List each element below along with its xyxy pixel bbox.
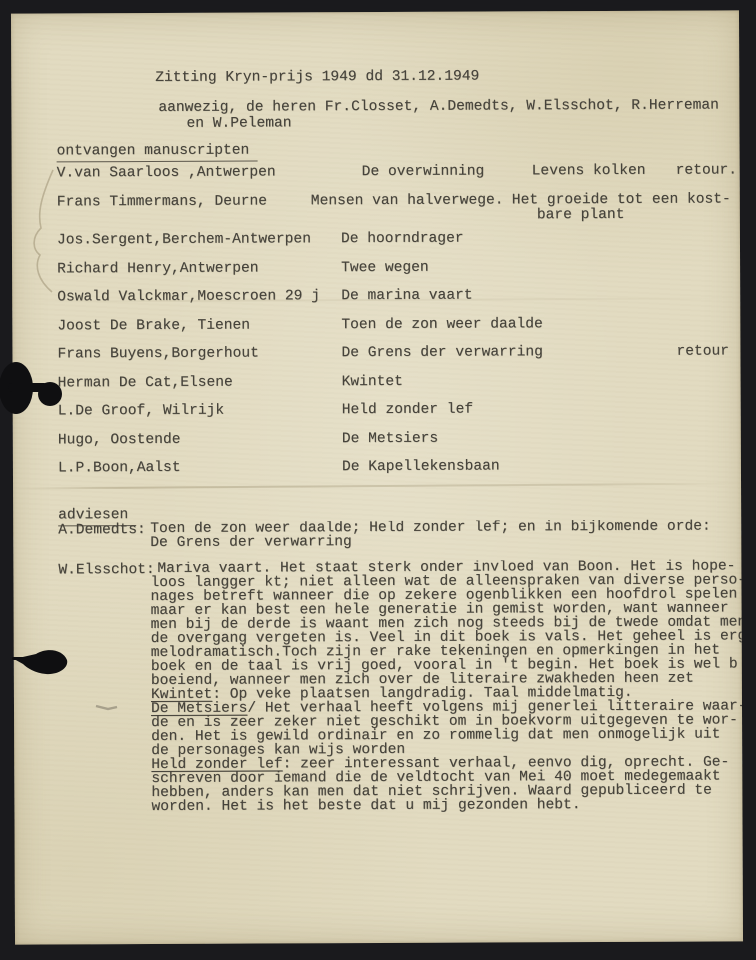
advice-judge: A.Demedts: [58, 522, 146, 538]
advice-line-text: De Grens der verwarring [150, 534, 352, 550]
manuscript-title: Held zonder lef [342, 402, 473, 419]
advice-judge: W.Elsschot: [58, 562, 154, 578]
manuscript-author: V.van Saarloos ,Antwerpen [57, 164, 276, 181]
manuscript-title: De overwinning [362, 164, 485, 181]
attendees-line-1: aanwezig, de heren Fr.Closset, A.Demedts… [158, 98, 719, 116]
manuscript-row: Joost De Brake, TienenToen de zon weer d… [12, 315, 740, 336]
attendees-line-2: en W.Peleman [186, 115, 291, 131]
manuscript-row: L.P.Boon,AalstDe Kapellekensbaan [13, 457, 741, 478]
manuscript-row: Richard Henry,AntwerpenTwee wegen [12, 258, 740, 279]
advice-line: Toen de zon weer daalde; Held zonder lef… [150, 519, 741, 536]
manuscript-title-extra: Levens kolken [532, 163, 646, 179]
advice-section: A.Demedts:Toen de zon weer daalde; Held … [11, 10, 739, 13]
manuscript-title: De Grens der verwarring [341, 344, 543, 361]
document-page: Zitting Kryn-prijs 1949 dd 31.12.1949 aa… [11, 10, 743, 944]
manuscript-author: Oswald Valckmar,Moescroen 29 j [57, 288, 320, 305]
manuscript-title: Mensen van halverwege. [311, 192, 504, 209]
manuscript-author: Jos.Sergent,Berchem-Antwerpen [57, 231, 311, 248]
manuscript-row: Hugo, OostendeDe Metsiers [13, 429, 741, 450]
manuscript-author: Joost De Brake, Tienen [57, 318, 250, 335]
advice-line: De Grens der verwarring [150, 533, 741, 550]
manuscript-title: Kwintet [342, 374, 403, 390]
advice-text: Mariva vaart. Het staat sterk onder invl… [150, 559, 742, 814]
manuscript-title-extra: Het groeide tot een kost- [512, 191, 731, 208]
manuscript-author: Richard Henry,Antwerpen [57, 261, 259, 278]
manuscript-title: De marina vaart [341, 288, 472, 305]
manuscript-row: Frans Buyens,BorgerhoutDe Grens der verw… [12, 343, 740, 364]
manuscript-row: Herman De Cat,ElseneKwintet [13, 372, 741, 393]
manuscript-author: Herman De Cat,Elsene [58, 375, 233, 392]
manuscript-row: V.van Saarloos ,AntwerpenDe overwinningL… [12, 162, 740, 183]
manuscript-title: De hoorndrager [341, 231, 464, 248]
manuscript-author: Hugo, Oostende [58, 432, 181, 449]
manuscript-author: L.De Groof, Wilrijk [58, 403, 224, 420]
advice-block: W.Elsschot:Mariva vaart. Het staat sterk… [13, 559, 742, 814]
manuscript-author: L.P.Boon,Aalst [58, 460, 181, 477]
advice-text: Toen de zon weer daalde; Held zonder lef… [150, 519, 741, 550]
manuscript-row: L.De Groof, WilrijkHeld zonder lef [13, 400, 741, 421]
advice-block: A.Demedts:Toen de zon weer daalde; Held … [13, 519, 741, 550]
advice-line: worden. Het is het beste dat u mij gezon… [151, 797, 742, 814]
manuscript-row: Oswald Valckmar,Moescroen 29 jDe marina … [12, 286, 740, 307]
manuscript-author: Frans Buyens,Borgerhout [57, 346, 259, 363]
manuscript-note: retour. [676, 162, 737, 178]
manuscript-row: Jos.Sergent,Berchem-AntwerpenDe hoorndra… [12, 229, 740, 250]
doc-title: Zitting Kryn-prijs 1949 dd 31.12.1949 [155, 69, 479, 86]
advice-line: den. Het is gewild ordinair en zo rommel… [151, 727, 742, 744]
manuscript-list: V.van Saarloos ,AntwerpenDe overwinningL… [12, 162, 741, 495]
manuscript-author: Frans Timmermans, Deurne [57, 193, 267, 210]
manuscript-row: Frans Timmermans, DeurneMensen van halve… [12, 191, 740, 212]
manuscript-title-extra-cont: bare plant [537, 207, 625, 223]
manuscript-title: De Kapellekensbaan [342, 458, 500, 475]
manuscript-note: retour [676, 343, 729, 359]
manuscripts-heading: ontvangen manuscripten [57, 143, 258, 163]
manuscript-title: Toen de zon weer daalde [341, 316, 543, 333]
manuscript-title: De Metsiers [342, 431, 438, 447]
advice-line-text: worden. Het is het beste dat u mij gezon… [151, 797, 580, 814]
manuscript-title: Twee wegen [341, 260, 429, 276]
